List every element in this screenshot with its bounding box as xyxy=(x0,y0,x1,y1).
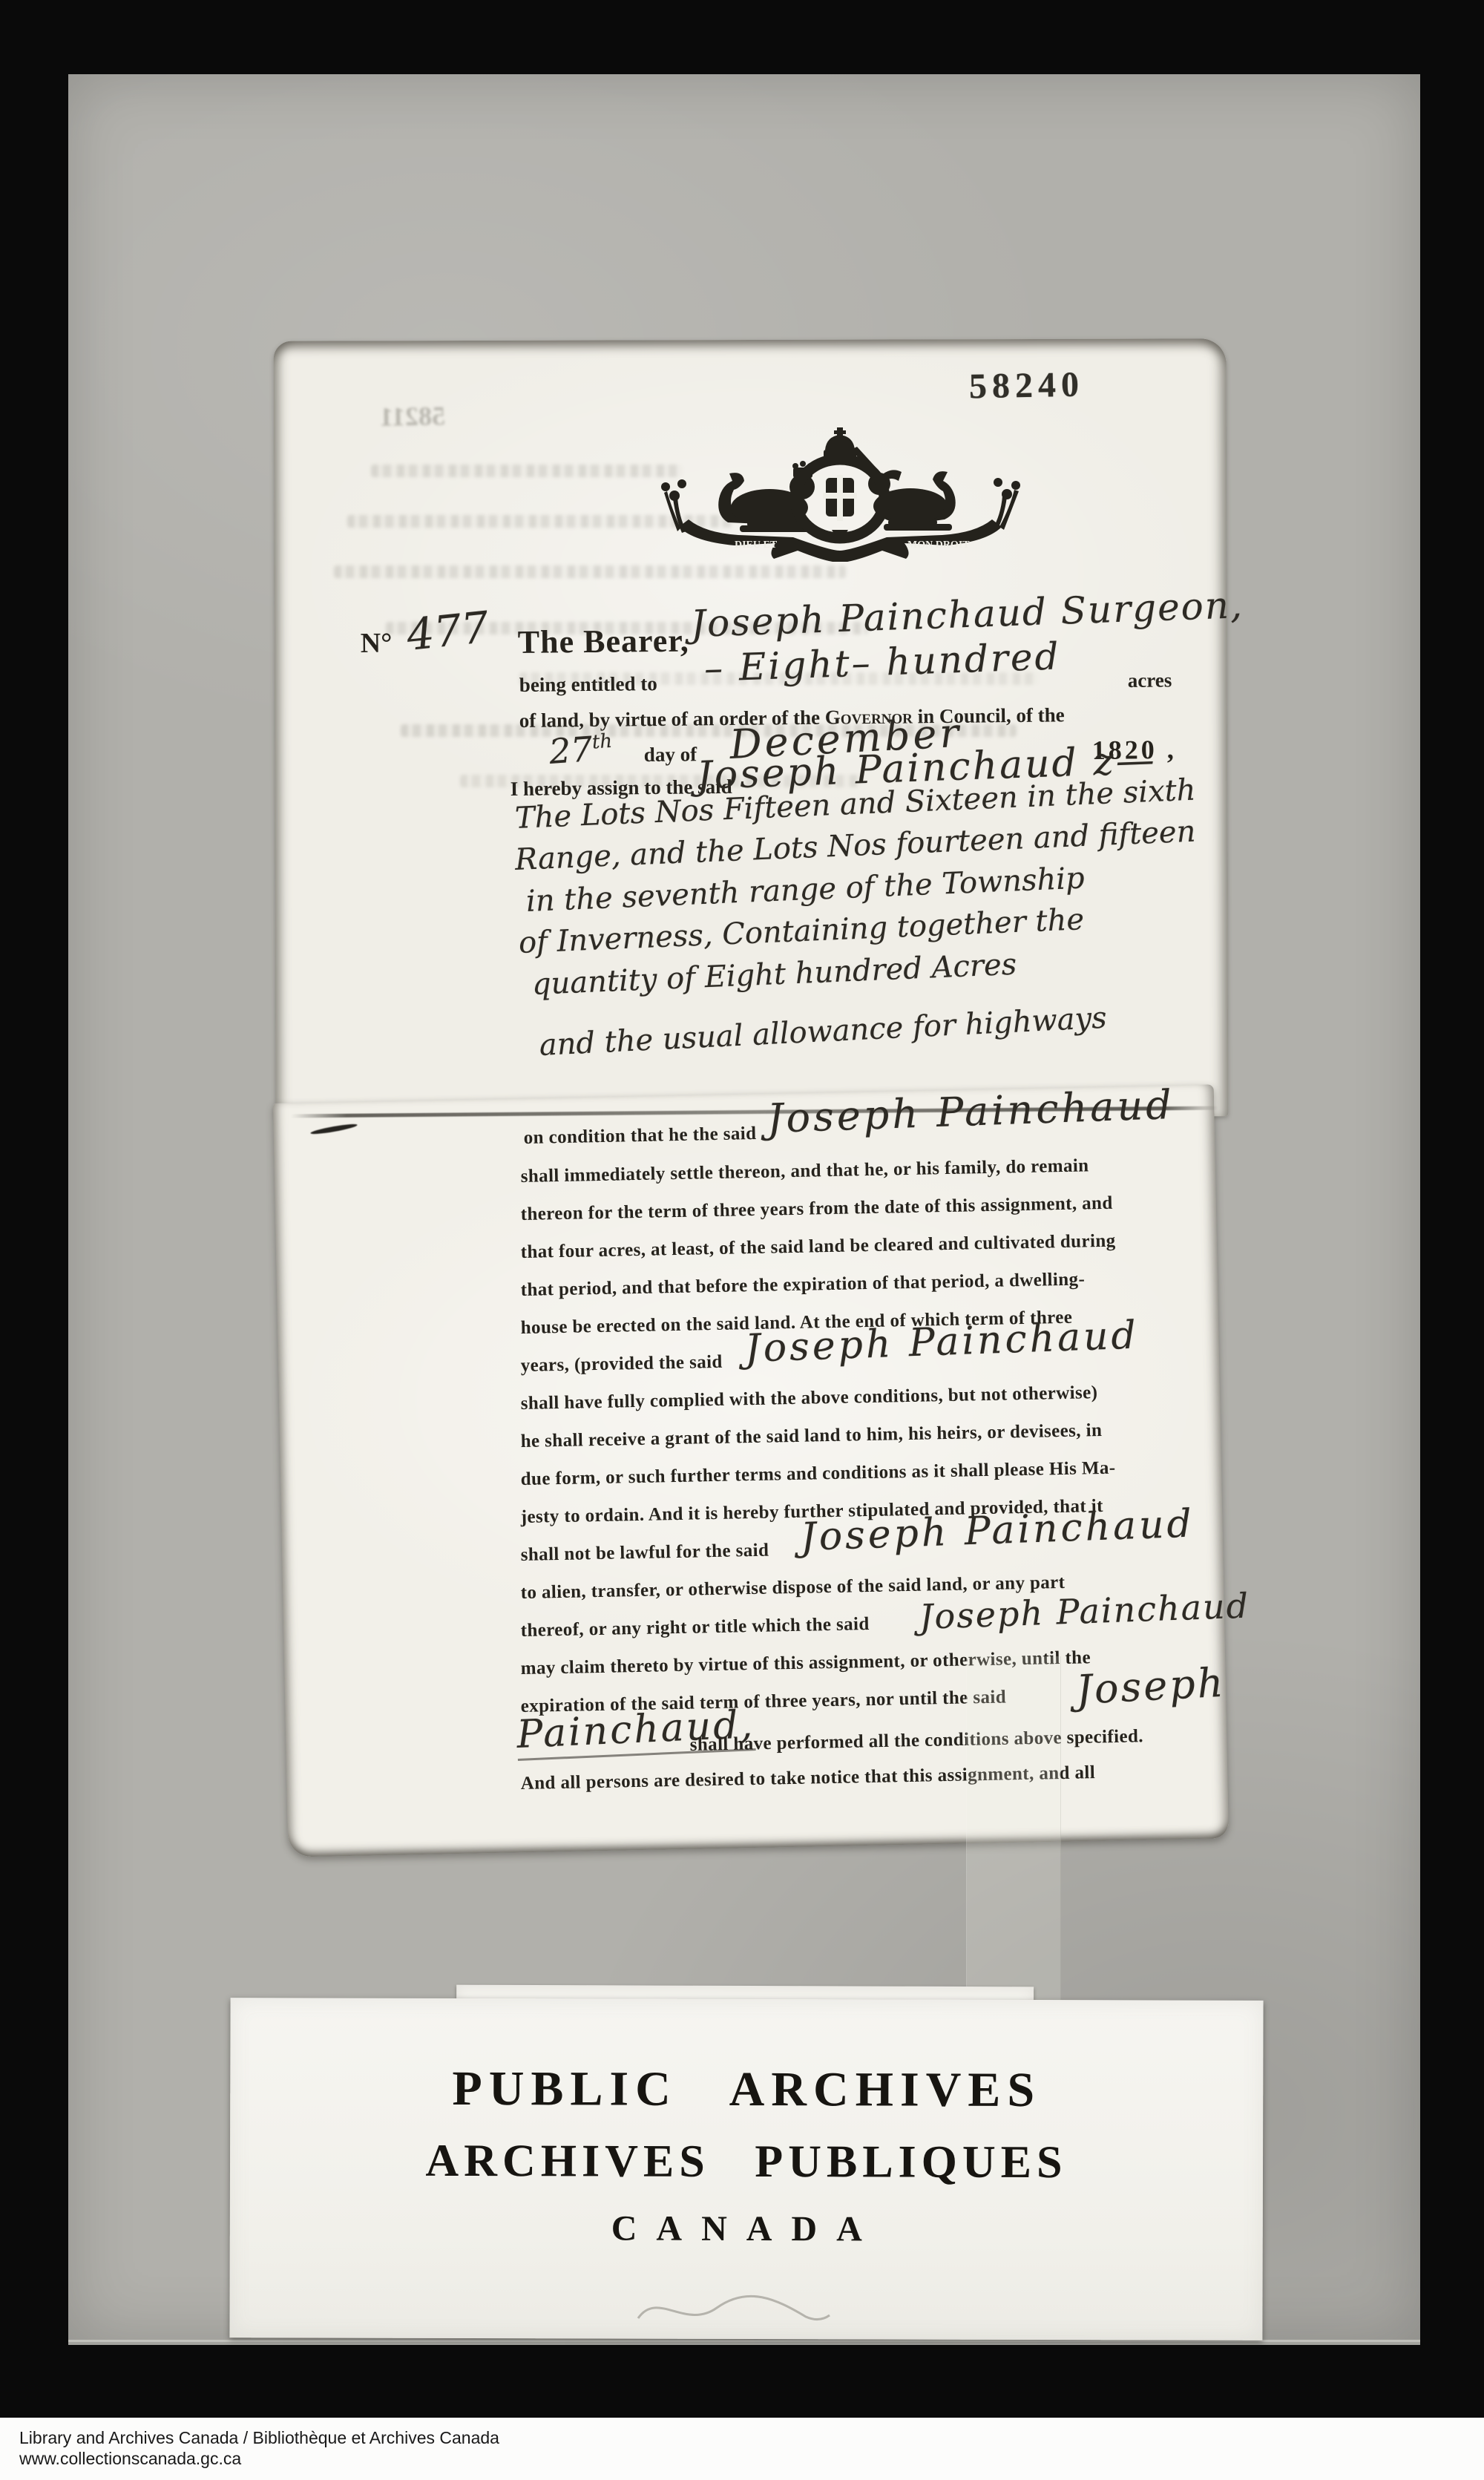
footer-url-text: www.collectionscanada.gc.ca xyxy=(19,2449,241,2469)
scanned-archive-page: 58211 58240 xyxy=(0,0,1484,2480)
document-number-label: N° xyxy=(361,627,393,660)
bearer-label: The Bearer, xyxy=(517,622,689,661)
stamp-number: 58240 xyxy=(969,364,1085,407)
provided-label: years, (provided the said xyxy=(520,1352,723,1377)
entitled-label: being entitled to xyxy=(519,672,657,697)
lac-footer: Library and Archives Canada / Bibliothèq… xyxy=(0,2418,1484,2480)
canada-title: CANADA xyxy=(230,2207,1263,2251)
tape-strip xyxy=(966,1656,1061,2039)
document-number-value: 477 xyxy=(404,602,491,660)
motto-right-text: MON DROIT xyxy=(907,539,970,551)
acres-label: acres xyxy=(1128,669,1172,692)
public-archives-title-fr: ARCHIVES PUBLIQUES xyxy=(230,2134,1263,2190)
day-number: 27 xyxy=(548,729,594,772)
public-archives-title-en: PUBLIC ARCHIVES xyxy=(230,2060,1263,2119)
pencil-squiggle xyxy=(631,2283,838,2342)
day-of-label: day of xyxy=(644,743,697,767)
expiration-name-handwriting: Joseph xyxy=(1075,1659,1227,1713)
royal-coat-of-arms-icon: DIEU ET MON DROIT xyxy=(657,424,1024,562)
bleedthrough-line xyxy=(334,565,846,578)
day-ordinal-suffix: th xyxy=(591,730,613,754)
bleedthrough-number: 58211 xyxy=(380,400,446,433)
motto-left-text: DIEU ET xyxy=(735,539,778,551)
day-handwriting: 27th xyxy=(548,727,614,772)
footer-institution-text: Library and Archives Canada / Bibliothèq… xyxy=(19,2428,499,2448)
bleedthrough-line xyxy=(371,465,683,477)
